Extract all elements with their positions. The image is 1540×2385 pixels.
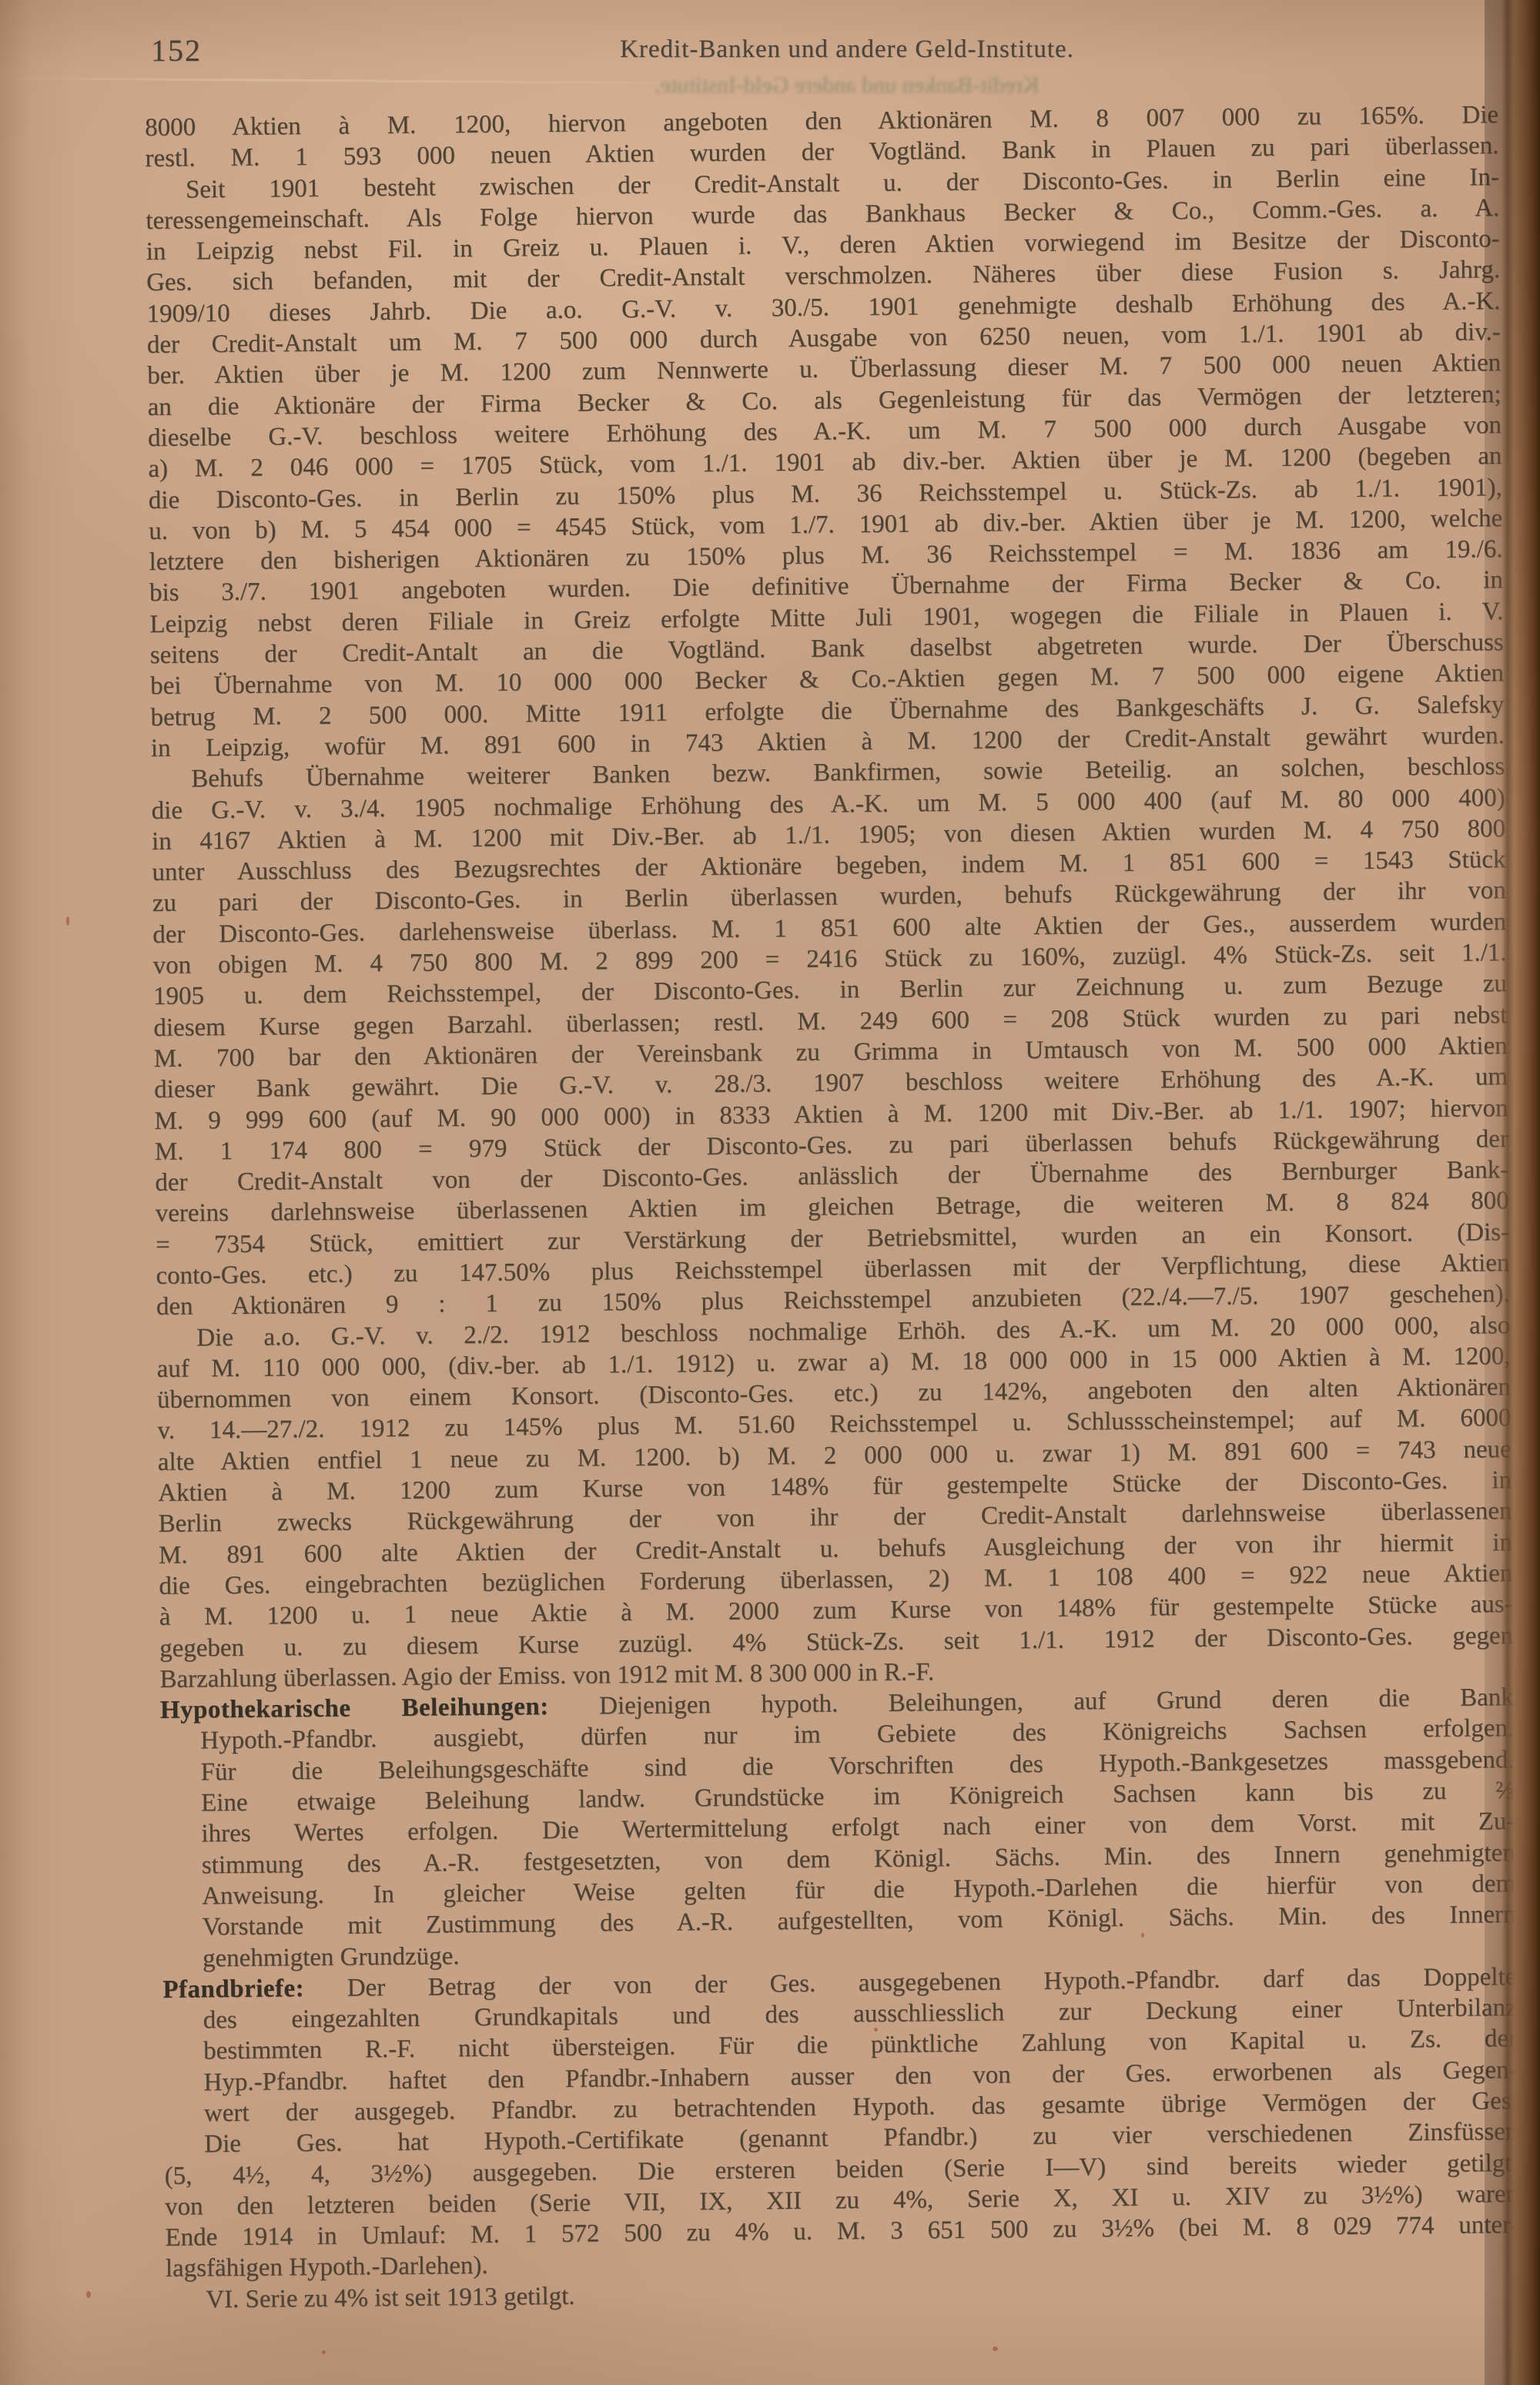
body-text: 8000 Aktien à M. 1200, hiervon angeboten… — [145, 99, 1519, 2316]
paper-speck — [1141, 1933, 1144, 1938]
paper-speck — [66, 916, 69, 926]
paper-speck — [86, 2291, 91, 2298]
section-heading: Pfandbriefe: — [162, 1975, 304, 2004]
running-title: Kredit-Banken und andere Geld-Institute. — [169, 35, 1525, 64]
paper-speck — [993, 2346, 998, 2351]
section-heading: Hypothekarische Beleihungen: — [160, 1693, 549, 1724]
paper-speck — [874, 2028, 878, 2032]
running-title-ghost: Kredit-Banken und andere Geld-Institute. — [169, 72, 1525, 99]
book-page: 152 Kredit-Banken und andere Geld-Instit… — [0, 0, 1540, 2385]
paper-speck — [322, 2350, 326, 2354]
